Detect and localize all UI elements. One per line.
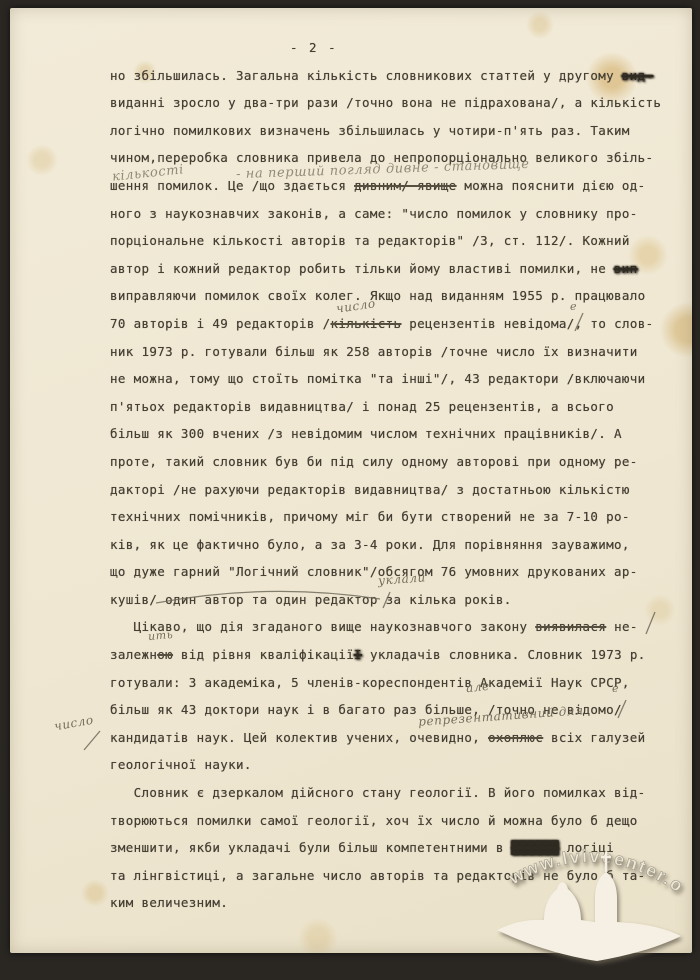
typed-segment: більш як 43 доктори наук і в багато раз … (110, 702, 622, 717)
typed-segment-struck: охоплює (488, 730, 543, 745)
typed-segment: рецензентів невідома/, то слов- (401, 316, 653, 331)
typed-segment-blot: вип (614, 261, 638, 276)
typed-line: ків, як це фактично було, а за 3-4 роки.… (110, 531, 688, 559)
typed-segment: виправляючи помилок своїх колег. Якщо на… (110, 288, 646, 303)
typed-line: но збільшилась. Загальна кількість словн… (110, 62, 688, 90)
typed-line: порціональне кількості авторів та редакт… (110, 227, 688, 255)
typed-segment: 70 авторів і 49 редакторів / (110, 316, 331, 331)
typed-line: більш як 43 доктори наук і в багато раз … (110, 696, 688, 724)
typed-segment: всіх галузей (543, 730, 645, 745)
typed-segment: залежн (110, 647, 157, 662)
typed-line: Цікаво, що дія згаданого вище наукознавч… (110, 613, 688, 641)
typed-segment-struck: дивним/ явище (354, 178, 456, 193)
typed-segment: технічних помічників, причому міг би бут… (110, 509, 630, 524)
typed-line: ник 1973 р. готували більш як 258 авторі… (110, 338, 688, 366)
typed-segment: ник 1973 р. готували більш як 258 авторі… (110, 344, 638, 359)
typed-line: автор і кожний редактор робить тільки йо… (110, 255, 688, 283)
typed-text-block: - 2 - но збільшилась. Загальна кількість… (110, 34, 688, 917)
typed-segment: автор і кожний редактор робить тільки йо… (110, 261, 614, 276)
typed-segment: шення помилок. Це /що здається (110, 178, 354, 193)
typed-segment: п'ятьох редакторів видавництва/ і понад … (110, 399, 614, 414)
paper-sheet: - 2 - но збільшилась. Загальна кількість… (10, 8, 692, 953)
typed-line: що дуже гарний "Логічний словник"/обсяго… (110, 558, 688, 586)
typed-segment: більш як 300 вчених /з невідомим числом … (110, 426, 622, 441)
typed-segment-blot: І (354, 647, 362, 662)
typed-line: кушів/ один автор та один редактор за кі… (110, 586, 688, 614)
typed-line: залежною від рівня кваліфікаціїІ укладач… (110, 641, 688, 669)
typed-line: чином,переробка словника привела до непр… (110, 144, 688, 172)
typed-segment: логіці (559, 840, 614, 855)
typed-line: та лінгвістиці, а загальне число авторів… (110, 862, 688, 890)
typed-segment: ного з наукознавчих законів, а саме: "чи… (110, 206, 638, 221)
typed-line: кандидатів наук. Цей колектив учених, оч… (110, 724, 688, 752)
page-number: - 2 - (110, 34, 688, 62)
typed-segment: від рівня кваліфікації (173, 647, 354, 662)
typed-line: виданні зросло у два-три рази /точно вон… (110, 89, 688, 117)
typed-line: проте, такий словник був би під силу одн… (110, 448, 688, 476)
typed-segment: творюються помилки самої геології, хоч ї… (110, 813, 638, 828)
typed-segment: готували: 3 академіка, 5 членів-кореспон… (110, 675, 630, 690)
typed-segment: чином,переробка словника привела до непр… (110, 150, 653, 165)
typed-line: готували: 3 академіка, 5 членів-кореспон… (110, 669, 688, 697)
typed-line: дакторі /не рахуючи редакторів видавницт… (110, 476, 688, 504)
typed-line: не можна, тому що стоїть помітка "та інш… (110, 365, 688, 393)
typed-segment: геологічної науки. (110, 757, 252, 772)
typed-segment: зменшити, якби укладачі були більш компе… (110, 840, 512, 855)
typed-line: технічних помічників, причому міг би бут… (110, 503, 688, 531)
typed-segment: ків, як це фактично було, а за 3-4 роки.… (110, 537, 630, 552)
typed-line: логічно помилкових визначень збільшилась… (110, 117, 688, 145)
typed-line: виправляючи помилок своїх колег. Якщо на… (110, 282, 688, 310)
typed-segment: Цікаво, що дія згаданого вище наукознавч… (110, 619, 535, 634)
typed-segment-struck: виявилася (535, 619, 606, 634)
typed-line: п'ятьох редакторів видавництва/ і понад … (110, 393, 688, 421)
typed-segment: порціональне кількості авторів та редакт… (110, 233, 630, 248)
typed-line: ного з наукознавчих законів, а саме: "чи… (110, 200, 688, 228)
typed-segment: логічно помилкових визначень збільшилась… (110, 123, 630, 138)
typed-segment: можна пояснити дією од- (457, 178, 646, 193)
typed-segment: дакторі /не рахуючи редакторів видавницт… (110, 482, 630, 497)
typed-segment: що дуже гарний "Логічний словник"/обсяго… (110, 564, 638, 579)
typed-segment-blot: вид- (622, 68, 654, 83)
typed-segment: укладачів словника. Словник 1973 р. (362, 647, 646, 662)
typed-segment: не можна, тому що стоїть помітка "та інш… (110, 371, 646, 386)
typed-segment-struck: ою (157, 647, 173, 662)
typed-segment: не- (606, 619, 638, 634)
typed-segment: кандидатів наук. Цей колектив учених, оч… (110, 730, 488, 745)
typed-segment: проте, такий словник був би під силу одн… (110, 454, 638, 469)
typed-segment: Словник є дзеркалом дійсного стану геоло… (110, 785, 646, 800)
typed-line: зменшити, якби укладачі були більш компе… (110, 834, 688, 862)
typed-line: шення помилок. Це /що здається дивним/ я… (110, 172, 688, 200)
typed-segment: ким величезним. (110, 895, 228, 910)
typed-segment-struck: кількість (331, 316, 402, 331)
typed-line: 70 авторів і 49 редакторів /кількість ре… (110, 310, 688, 338)
typed-segment-blot: ██████ (512, 840, 559, 855)
typed-lines: но збільшилась. Загальна кількість словн… (110, 62, 688, 917)
scanned-document-page: - 2 - но збільшилась. Загальна кількість… (0, 0, 700, 980)
typed-line: ким величезним. (110, 889, 688, 917)
typed-line: геологічної науки. (110, 751, 688, 779)
typed-segment: кушів/ один автор та один редактор за кі… (110, 592, 512, 607)
typed-segment: виданні зросло у два-три рази /точно вон… (110, 95, 661, 110)
typed-line: творюються помилки самої геології, хоч ї… (110, 807, 688, 835)
typed-segment: но збільшилась. Загальна кількість словн… (110, 68, 622, 83)
typed-segment: та лінгвістиці, а загальне число авторів… (110, 868, 646, 883)
typed-line: Словник є дзеркалом дійсного стану геоло… (110, 779, 688, 807)
typed-line: більш як 300 вчених /з невідомим числом … (110, 420, 688, 448)
